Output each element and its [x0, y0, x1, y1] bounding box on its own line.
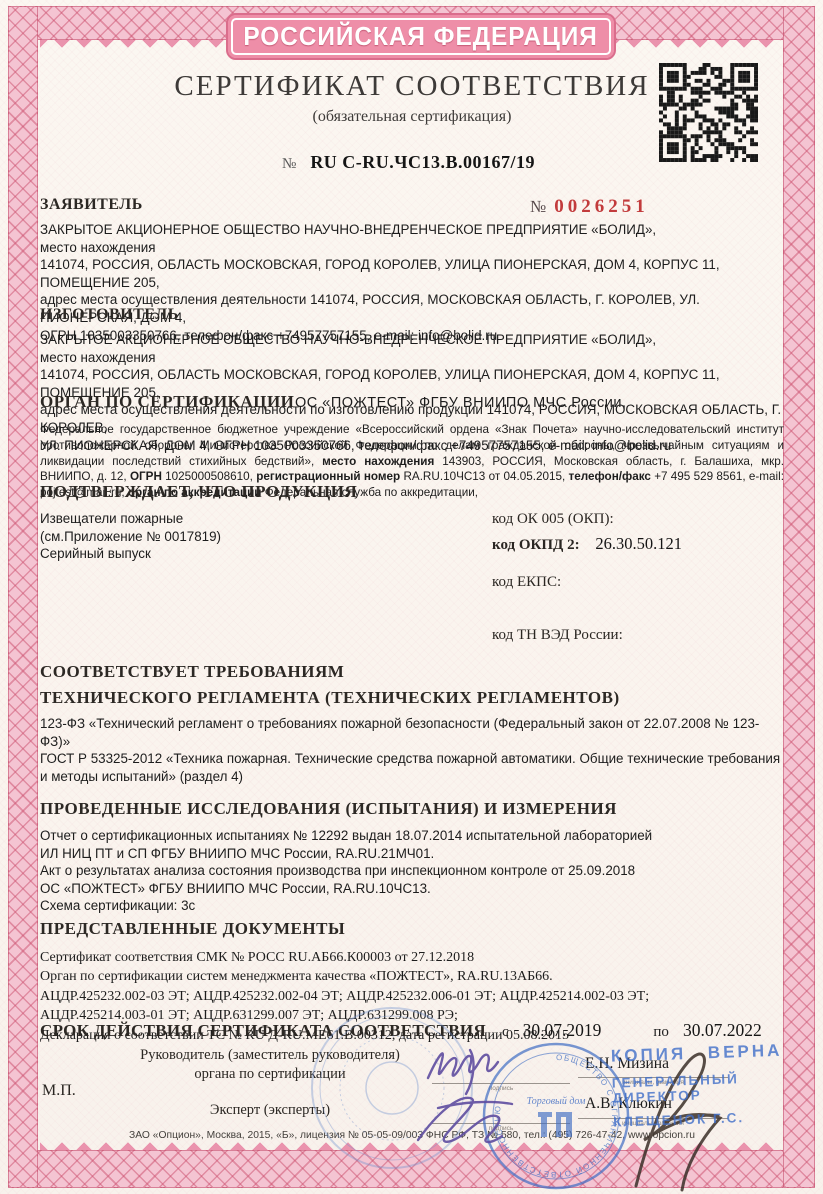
- cert-body-heading-row: ОРГАН ПО СЕРТИФИКАЦИИ ОС «ПОЖТЕСТ» ФГБУ …: [40, 392, 784, 412]
- code-okp-label: код ОК 005 (ОКП):: [492, 511, 614, 527]
- product-codes: код ОК 005 (ОКП): код ОКПД 2: 26.30.50.1…: [492, 508, 782, 650]
- print-house-footer: ЗАО «Опцион», Москва, 2015, «Б», лицензи…: [40, 1130, 784, 1141]
- code-tnved-label: код ТН ВЭД России:: [492, 627, 623, 643]
- certificate-page: РОССИЙСКАЯ ФЕДЕРАЦИЯ СЕРТИФИКАТ СООТВЕТС…: [0, 0, 823, 1194]
- blank-number: №0026251: [530, 196, 649, 218]
- product-heading: ПОДТВЕРЖДАЕТ, ЧТО ПРОДУКЦИЯ: [40, 482, 784, 502]
- requirements-details: 123-ФЗ «Технический регламент о требован…: [40, 715, 784, 785]
- round-stamp-inner-text: Торговый дом: [527, 1096, 586, 1107]
- documents-heading: ПРЕДСТАВЛЕННЫЕ ДОКУМЕНТЫ: [40, 919, 784, 939]
- validity-from-date: 30.07.2019: [523, 1020, 602, 1041]
- expert-role: Эксперт (эксперты): [100, 1101, 440, 1119]
- certificate-number-label: №: [282, 156, 296, 172]
- certificate-number-row: №RU C-RU.ЧС13.B.00167/19: [282, 152, 535, 173]
- border-bottom: [8, 1150, 815, 1188]
- applicant-heading: ЗАЯВИТЕЛЬ: [40, 196, 784, 214]
- head-name-line: инициалы, фамилия: [578, 1077, 728, 1086]
- head-role-line1: Руководитель (заместитель руководителя): [100, 1046, 440, 1064]
- requirements-heading-1: СООТВЕТСТВУЕТ ТРЕБОВАНИЯМ: [40, 662, 784, 682]
- validity-to-date: 30.07.2022: [683, 1020, 762, 1041]
- code-ekps-label: код ЕКПС:: [492, 574, 561, 590]
- code-okpd2-row: код ОКПД 2: 26.30.50.121: [492, 534, 782, 554]
- border-right: [783, 6, 815, 1188]
- certificate-number: RU C-RU.ЧС13.B.00167/19: [310, 152, 535, 172]
- research-details: Отчет о сертификационных испытаниях № 12…: [40, 827, 784, 915]
- manufacturer-heading: ИЗГОТОВИТЕЛЬ: [40, 306, 784, 324]
- research-heading: ПРОВЕДЕННЫЕ ИССЛЕДОВАНИЯ (ИСПЫТАНИЯ) И И…: [40, 799, 784, 819]
- cert-body-name: ОС «ПОЖТЕСТ» ФГБУ ВНИИПО МЧС России,: [295, 395, 627, 411]
- expert-name-line: инициалы, фамилия: [578, 1118, 728, 1127]
- section-research: ПРОВЕДЕННЫЕ ИССЛЕДОВАНИЯ (ИСПЫТАНИЯ) И И…: [40, 799, 784, 915]
- country-banner: РОССИЙСКАЯ ФЕДЕРАЦИЯ: [226, 13, 616, 60]
- head-name: Е.Н. Мизина: [585, 1055, 669, 1073]
- country-banner-label: РОССИЙСКАЯ ФЕДЕРАЦИЯ: [244, 21, 598, 52]
- border-zigzag-bottom: [40, 1141, 781, 1150]
- code-tnved-row: код ТН ВЭД России:: [492, 624, 782, 644]
- head-role-line2: органа по сертификации: [100, 1065, 440, 1083]
- validity-row: СРОК ДЕЙСТВИЯ СЕРТИФИКАТА СООТВЕТСТВИЯ с…: [40, 1020, 800, 1041]
- validity-to-label: по: [653, 1024, 669, 1041]
- code-okpd2-value: 26.30.50.121: [595, 534, 682, 553]
- seal-placeholder-label: М.П.: [42, 1082, 76, 1100]
- validity-from-label: с: [502, 1024, 509, 1041]
- section-requirements: СООТВЕТСТВУЕТ ТРЕБОВАНИЯМ ТЕХНИЧЕСКОГО Р…: [40, 662, 784, 785]
- code-ekps-row: код ЕКПС:: [492, 571, 782, 591]
- requirements-heading-2: ТЕХНИЧЕСКОГО РЕГЛАМЕНТА (ТЕХНИЧЕСКИХ РЕГ…: [40, 688, 784, 708]
- code-okp-row: код ОК 005 (ОКП):: [492, 508, 782, 528]
- code-okpd2-label: код ОКПД 2:: [492, 537, 580, 553]
- head-signature-line: подпись: [432, 1083, 570, 1092]
- expert-name: А.В. Клюкин: [585, 1095, 672, 1113]
- blank-number-value: 0026251: [554, 196, 649, 217]
- validity-heading: СРОК ДЕЙСТВИЯ СЕРТИФИКАТА СООТВЕТСТВИЯ: [40, 1021, 486, 1041]
- qr-code: [659, 63, 758, 162]
- blank-number-label: №: [530, 197, 546, 216]
- border-left: [8, 6, 38, 1188]
- cert-body-heading: ОРГАН ПО СЕРТИФИКАЦИИ: [40, 392, 294, 411]
